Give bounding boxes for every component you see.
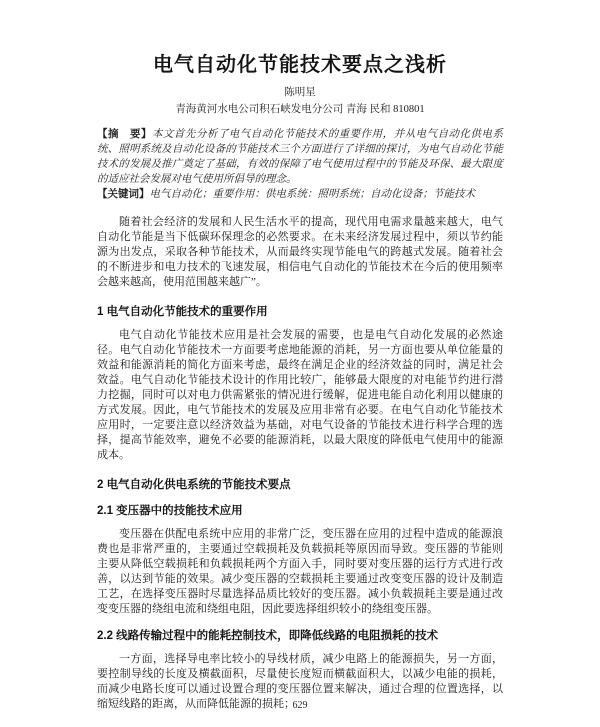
section-1-paragraph: 电气自动化节能技术应用是社会发展的需要，也是电气自动化发展的必然途径。电气自动化… — [97, 328, 503, 463]
keywords: 【关键词】电气自动化；重要作用：供电系统：照明系统；自动化设备；节能技术 — [97, 187, 503, 202]
keywords-text: 电气自动化；重要作用：供电系统：照明系统；自动化设备；节能技术 — [150, 189, 476, 200]
document-page: 电气自动化节能技术要点之浅析 陈明星 青海黄河水电公司积石峡发电分公司 青海 民… — [0, 0, 600, 727]
section-heading-2-1: 2.1 变压器中的技能技术应用 — [97, 504, 503, 518]
intro-paragraph: 随着社会经济的发展和人民生活水平的提高，现代用电需求量越来越大，电气自动化节能是… — [97, 215, 503, 290]
section-2-1-paragraph: 变压器在供配电系统中应用的非常广泛，变压器在应用的过程中造成的能源浪费也是非常严… — [97, 527, 503, 617]
page-content: 电气自动化节能技术要点之浅析 陈明星 青海黄河水电公司积石峡发电分公司 青海 民… — [97, 0, 503, 712]
section-heading-1: 1 电气自动化节能技术的重要作用 — [97, 305, 503, 319]
abstract-label: 【摘 要】 — [97, 128, 152, 140]
abstract: 【摘 要】本文首先分析了电气自动化节能技术的重要作用，并从电气自动化供电系统、照… — [97, 127, 503, 187]
section-heading-2-2: 2.2 线路传输过程中的能耗控制技术，即降低线路的电阻损耗的技术 — [97, 629, 503, 643]
keywords-label: 【关键词】 — [97, 188, 150, 200]
author-name: 陈明星 — [97, 86, 503, 99]
section-heading-2: 2 电气自动化供电系统的节能技术要点 — [97, 478, 503, 492]
affiliation: 青海黄河水电公司积石峡发电分公司 青海 民和 810801 — [97, 103, 503, 116]
abstract-text: 本文首先分析了电气自动化节能技术的重要作用，并从电气自动化供电系统、照明系统及自… — [97, 129, 503, 185]
paper-title: 电气自动化节能技术要点之浅析 — [97, 52, 503, 78]
page-number: 629 — [0, 700, 600, 712]
